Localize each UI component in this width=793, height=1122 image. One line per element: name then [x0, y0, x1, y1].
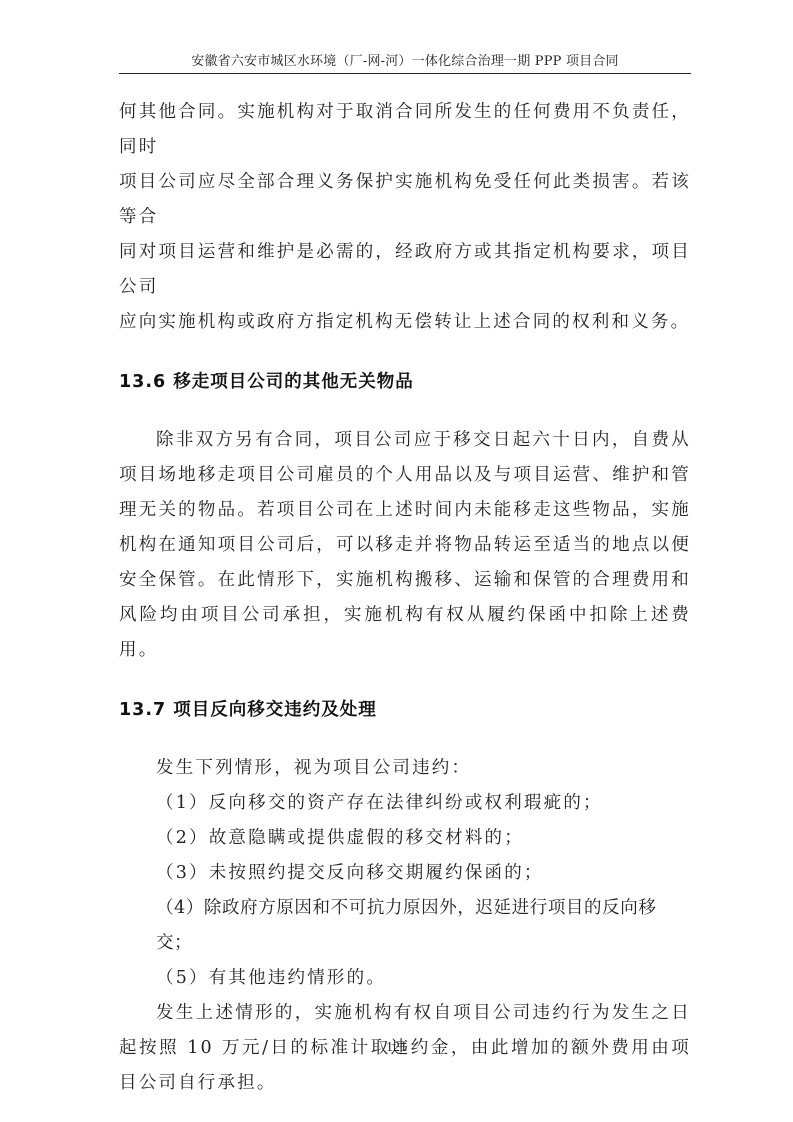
header-divider — [119, 73, 691, 74]
section-heading-13-6: 13.6 移走项目公司的其他无关物品 — [119, 365, 691, 400]
continued-line: 何其他合同。实施机构对于取消合同所发生的任何费用不负责任，同时 — [119, 102, 691, 157]
list-item: （2）故意隐瞒或提供虚假的移交材料的； — [119, 821, 691, 856]
continued-line: 应向实施机构或政府方指定机构无偿转让上述合同的权利和义务。 — [119, 312, 690, 332]
continued-line: 项目公司应尽全部合理义务保护实施机构免受任何此类损害。若该等合 — [119, 172, 691, 227]
list-item: （1）反向移交的资产存在法律纠纷或权利瑕疵的； — [119, 786, 691, 821]
list-item: （3）未按照约提交反向移交期履约保函的； — [119, 856, 691, 891]
list-item: （5）有其他违约情形的。 — [119, 961, 691, 996]
list-item: （4）除政府方原因和不可抗力原因外，迟延进行项目的反向移交； — [119, 891, 691, 961]
continued-paragraph: 何其他合同。实施机构对于取消合同所发生的任何费用不负责任，同时 项目公司应尽全部… — [119, 95, 691, 340]
document-header: 安徽省六安市城区水环境（厂-网-河）一体化综合治理一期 PPP 项目合同 — [119, 50, 691, 69]
section-13-6-paragraph: 除非双方另有合同，项目公司应于移交日起六十日内，自费从项目场地移走项目公司雇员的… — [119, 423, 691, 668]
section-13-7-intro: 发生下列情形，视为项目公司违约： — [119, 751, 691, 786]
page-number: 121 — [0, 1040, 793, 1056]
section-heading-13-7: 13.7 项目反向移交违约及处理 — [119, 693, 691, 728]
page-body: 何其他合同。实施机构对于取消合同所发生的任何费用不负责任，同时 项目公司应尽全部… — [119, 95, 691, 1101]
continued-line: 同对项目运营和维护是必需的，经政府方或其指定机构要求，项目公司 — [119, 242, 691, 297]
